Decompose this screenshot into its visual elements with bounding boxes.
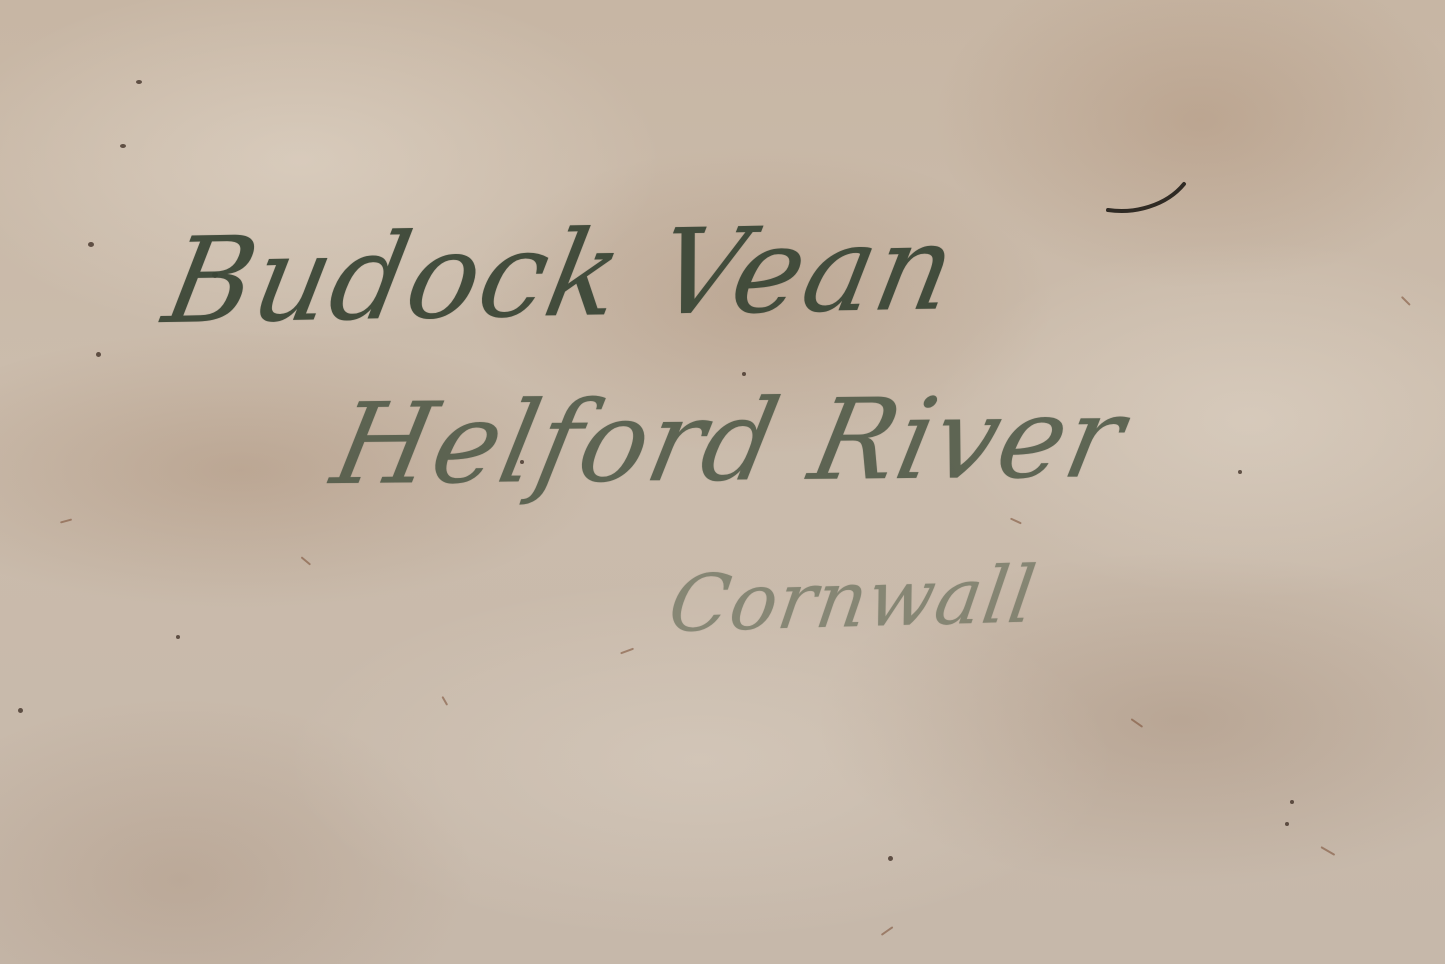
inscription-line-budock-vean: Budock Vean [155, 198, 968, 350]
inscription-line-helford-river: Helford River [323, 373, 1135, 510]
paper-fleck [96, 352, 101, 357]
paper-fiber [1131, 718, 1143, 727]
inscription-line-cornwall: Cornwall [663, 550, 1042, 650]
paper-fiber [1010, 518, 1022, 524]
aged-paper-background: Budock Vean Helford River Cornwall [0, 0, 1445, 964]
paper-fleck [136, 80, 142, 84]
paper-fleck [888, 856, 893, 861]
paper-fiber [620, 648, 634, 654]
paper-fleck [1290, 800, 1294, 804]
paper-fleck [18, 708, 23, 713]
paper-fleck [88, 242, 94, 247]
paper-fleck [120, 144, 126, 148]
paper-fiber [301, 556, 311, 565]
paper-fiber [60, 518, 72, 523]
paper-fiber [1321, 846, 1336, 855]
paper-fleck [1238, 470, 1242, 474]
paper-fiber [881, 926, 893, 935]
paper-fleck [742, 372, 746, 376]
paper-fiber [1401, 296, 1411, 306]
paper-fleck [176, 635, 180, 639]
paper-fiber [442, 696, 448, 705]
paper-fleck [1285, 822, 1289, 826]
pen-mark-icon [1104, 176, 1190, 216]
